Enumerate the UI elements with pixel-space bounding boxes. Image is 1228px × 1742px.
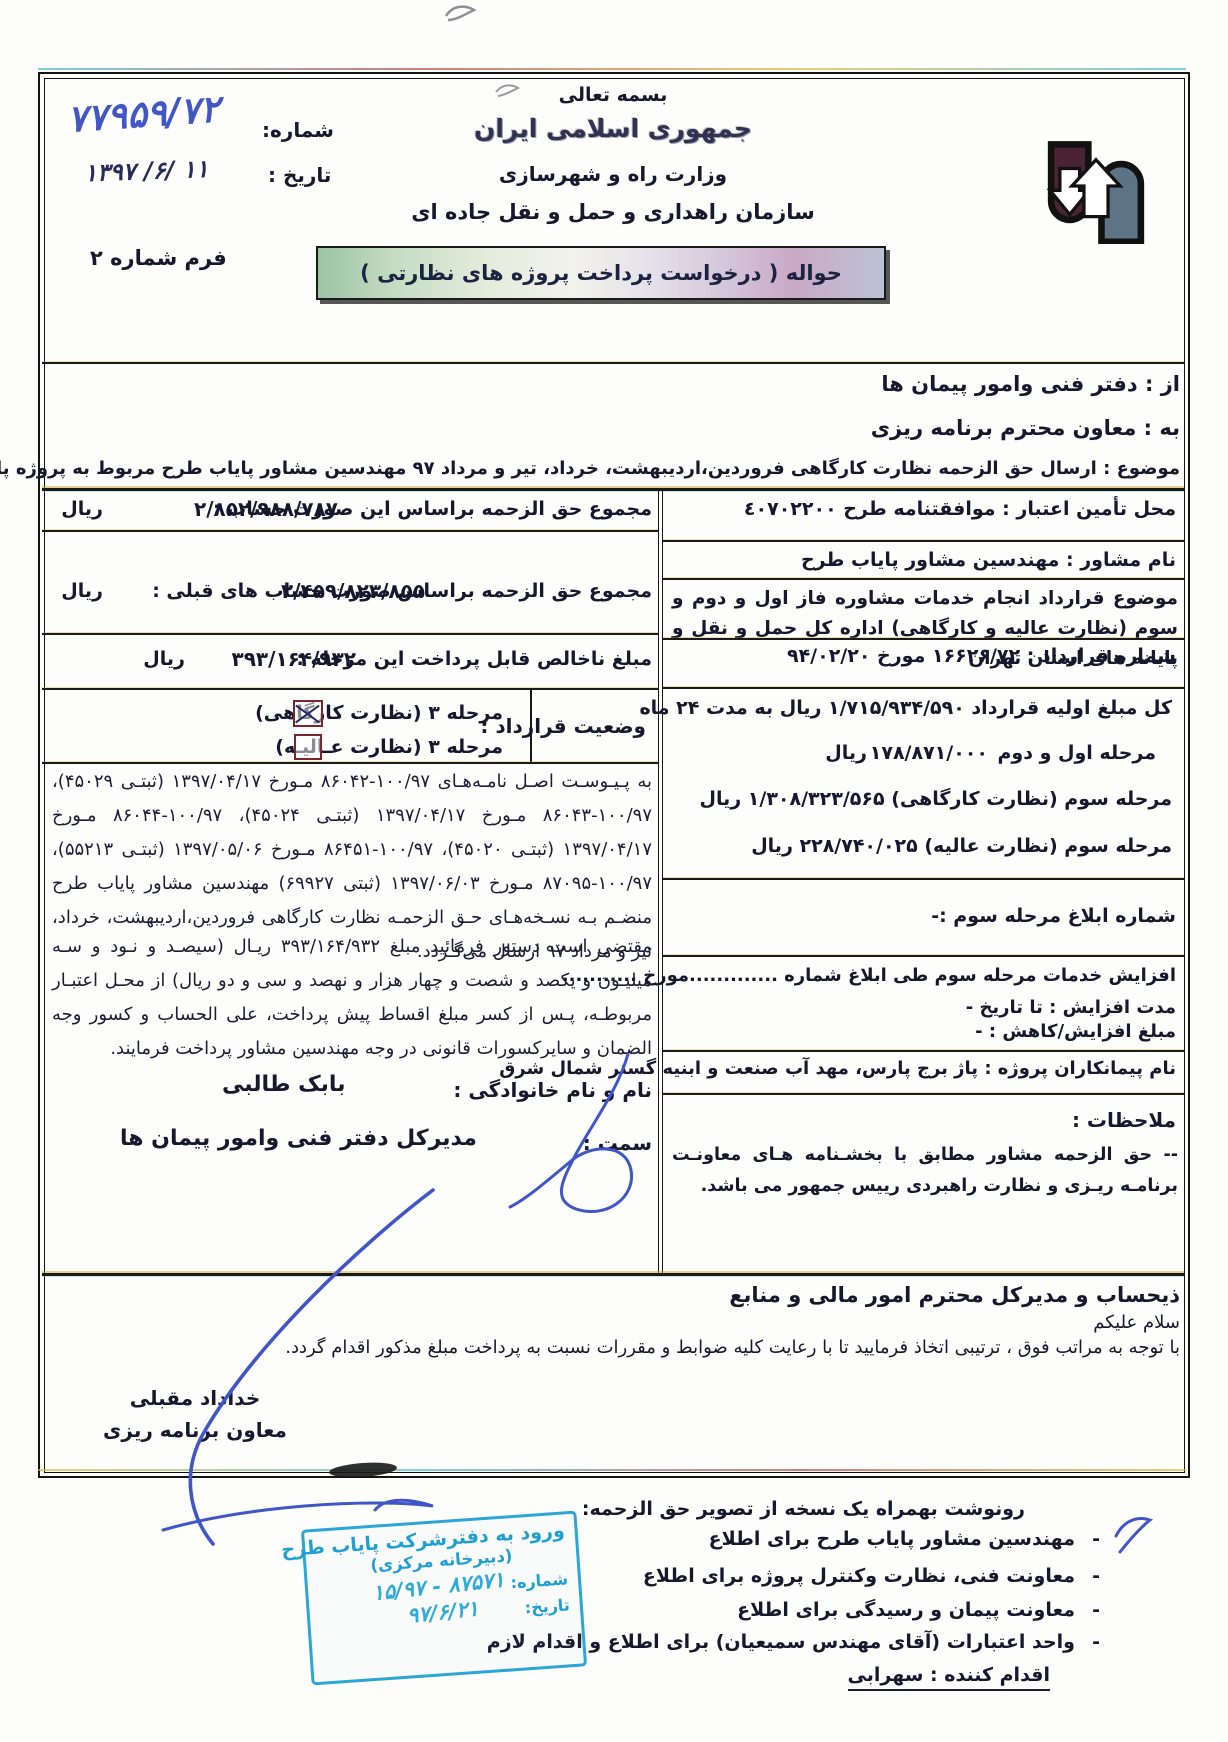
consultant-name: نام مشاور : مهندسین مشاور پایاب طرح [801, 549, 1176, 571]
stamp-date-label: تاریخ: [524, 1595, 570, 1617]
gross-payable-unit: ریال [143, 648, 185, 670]
phase-1-2-label: مرحله اول و دوم [997, 742, 1156, 764]
body-paragraph-payment-order: مقتضی است دستور فرمائید مبلغ ۳۹۳/۱۶۴/۹۳۲… [52, 930, 652, 1066]
action-by: اقدام کننده : سهرابی [848, 1664, 1050, 1691]
from-line: از : دفتر فنی وامور پیمان ها [881, 372, 1180, 396]
organization-title: سازمان راهداری و حمل و نقل جاده ای [288, 200, 938, 224]
previous-invoices-value: ۲/۴۵۹/۸۲۳/۸۵۵ [281, 579, 425, 603]
increase-duration: مدت افزایش : تا تاریخ - [966, 997, 1176, 1018]
cc-item-bullet: - [1092, 1599, 1100, 1621]
pen-tick-icon [1108, 1510, 1156, 1558]
phase-3-notification-number: شماره ابلاغ مرحله سوم :- [931, 905, 1176, 927]
current-invoice-unit: ریال [61, 498, 103, 520]
previous-invoices-unit: ریال [61, 580, 103, 602]
contract-status-label: وضعیت قرارداد : [480, 714, 646, 738]
remarks-body: -- حق الزحمه مشاور مطابق با بخشـنامه هـا… [672, 1140, 1178, 1202]
greeting-line: سلام علیکم [1093, 1312, 1180, 1333]
cc-item-bullet: - [1092, 1631, 1100, 1653]
remarks-title: ملاحظات : [1072, 1108, 1176, 1132]
handwritten-date: ۱۱ /۶/ ۱۳۹۷ [84, 155, 209, 187]
form-title-banner: حواله ( درخواست پرداخت پروژه های نظارتی … [316, 246, 886, 300]
contract-total-amount: کل مبلغ اولیه قرارداد ۱/۷۱۵/۹۳۴/۵۹۰ ریال… [639, 697, 1172, 719]
cc-item-consultant: مهندسین مشاور پایاب طرح برای اطلاع [709, 1528, 1075, 1550]
deputy-signature [85, 1182, 480, 1557]
current-invoice-value: ۲/۸۵۲/۹۸۸/۷۸۷ [194, 497, 338, 521]
signer-role-value: مدیرکل دفتر فنی وامور پیمان ها [120, 1126, 477, 1151]
form-title: حواله ( درخواست پرداخت پروژه های نظارتی … [360, 261, 842, 285]
phase-3-high-supervision: مرحله سوم (نظارت عالیه) ۲۲۸/۷۴۰/۰۲۵ ریال [751, 835, 1172, 857]
funding-source: محل تأمین اعتبار : موافقتنامه طرح ٤٠٧٠٢٢… [744, 498, 1176, 520]
status-option-site-checkbox[interactable] [293, 700, 323, 727]
cc-item-bullet: - [1092, 1528, 1100, 1550]
road-maintenance-organization-logo-icon [1034, 140, 1158, 244]
stamp-number-label: شماره: [510, 1569, 569, 1592]
bismillah: بسمه تعالی [288, 84, 938, 106]
status-option-high-checkbox[interactable] [294, 734, 322, 760]
cc-item-technical-deputy: معاونت فنی، نظارت وکنترل پروژه برای اطلا… [643, 1565, 1075, 1587]
subject-line: موضوع : ارسال حق الزحمه نظارت کارگاهی فر… [0, 458, 1180, 479]
phase-1-2-unit: ریال [825, 742, 867, 764]
cc-item-bullet: - [1092, 1565, 1100, 1587]
republic-title: جمهوری اسلامی ایران [288, 114, 938, 143]
phase-1-2-value: ۱۷۸/۸۷۱/۰۰۰ [870, 742, 988, 764]
increase-amount: مبلغ افزایش/کاهش : - [975, 1021, 1176, 1042]
phase-3-site-supervision: مرحله سوم (نظارت کارگاهی) ۱/۳۰۸/۳۲۳/۵۶۵ … [699, 788, 1172, 810]
signer-name-value: بابک طالبی [222, 1072, 345, 1097]
cc-title: رونوشت بهمراه یک نسخه از تصویر حق الزحمه… [582, 1498, 1025, 1520]
scan-speck-icon [440, 2, 480, 24]
ministry-title: وزارت راه و شهرسازی [288, 162, 938, 186]
stamp-date-value: ۹۷/۶/۲۱ [406, 1596, 480, 1627]
gross-payable-value: ۳۹۳/۱۶۴/۹۳۲ [232, 647, 356, 671]
form-number: فرم شماره ۲ [90, 246, 227, 270]
to-line: به : معاون محترم برنامه ریزی [871, 416, 1180, 440]
company-entry-stamp: ورود به دفترشرکت پایاب طرح (دبیرخانه مرک… [301, 1511, 587, 1686]
cc-item-contracts-deputy: معاونت پیمان و رسیدگی برای اطلاع [737, 1599, 1075, 1621]
service-increase-line: افزایش خدمات مرحله سوم طی ابلاغ شماره ..… [562, 965, 1176, 986]
finance-director-address: ذیحساب و مدیرکل محترم امور مالی و منابع [729, 1283, 1180, 1307]
scanned-payment-request-form: شماره: ۷۷۹۵۹/۷۲ تاریخ : ۱۱ /۶/ ۱۳۹۷ فرم … [0, 0, 1228, 1742]
contract-number: شماره قرارداد : ۱۶۶۲۶/۷۲ مورخ ۹۴/۰۲/۲۰ [787, 645, 1176, 667]
